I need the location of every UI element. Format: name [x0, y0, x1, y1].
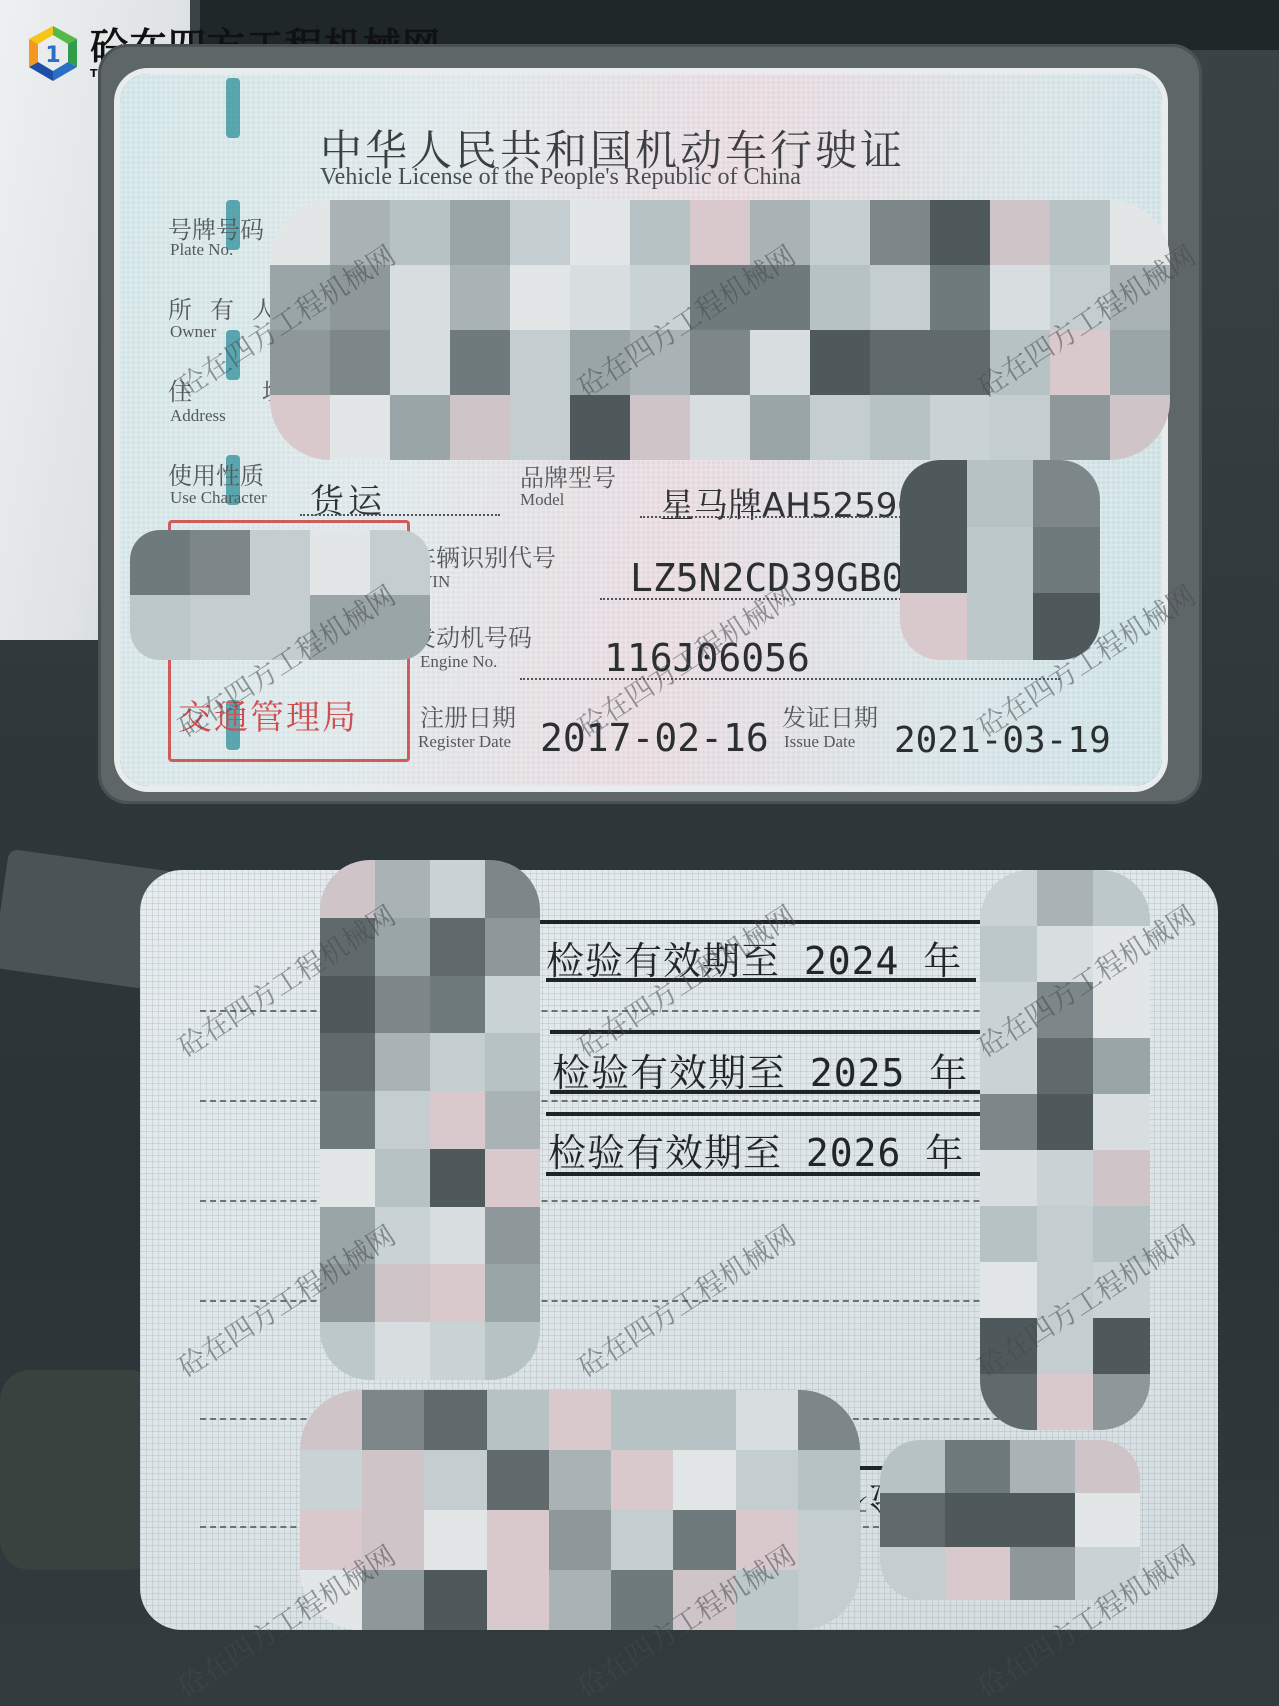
hexagon-cube-logo-icon: 1 [22, 22, 84, 84]
pixelated-redaction [270, 200, 1170, 460]
stamp-border [546, 1172, 1006, 1176]
issue-date-label-en: Issue Date [784, 732, 855, 752]
register-date-label-cn: 注册日期 [420, 698, 516, 733]
pixelated-redaction [320, 860, 540, 1380]
field-underline [520, 678, 1060, 680]
security-strip [226, 78, 240, 138]
field-underline [300, 514, 500, 516]
license-title-en: Vehicle License of the People's Republic… [320, 164, 801, 191]
pixelated-redaction [900, 460, 1100, 660]
engine-label-cn: 发动机号码 [412, 618, 532, 653]
engine-label-en: Engine No. [420, 652, 497, 672]
issue-date-label-cn: 发证日期 [782, 698, 878, 733]
stamp-border [550, 1030, 980, 1034]
use-character-label-cn: 使用性质 [168, 456, 264, 491]
svg-text:1: 1 [45, 43, 60, 68]
stamp-border [546, 978, 976, 982]
inspection-stamp-1: 检验有效期至 2024 年 02 [546, 930, 1034, 985]
owner-label-en: Owner [170, 322, 216, 342]
address-label-en: Address [170, 406, 226, 426]
pixelated-redaction [130, 530, 430, 660]
stamp-border [550, 1090, 990, 1094]
register-date-value: 2017-02-16 [540, 716, 769, 760]
seal-text: 交通管理局 [178, 690, 358, 739]
register-date-label-en: Register Date [418, 732, 511, 752]
background-fold [0, 1370, 160, 1570]
inspection-stamp-2: 检验有效期至 2025 年 02 [552, 1042, 1040, 1097]
model-value: 星马牌AH5259G [660, 478, 924, 527]
pixelated-redaction [880, 1440, 1140, 1600]
stamp-border [546, 1112, 1006, 1116]
stamp-border [540, 920, 980, 924]
engine-no-value: 116J06056 [604, 636, 810, 680]
plate-label-en: Plate No. [170, 240, 233, 260]
model-label-cn: 品牌型号 [520, 458, 616, 493]
use-character-label-en: Use Character [170, 488, 267, 508]
issue-date-value: 2021-03-19 [894, 720, 1111, 761]
model-label-en: Model [520, 490, 564, 510]
vin-label-cn: 车辆识别代号 [412, 538, 556, 573]
pixelated-redaction [300, 1390, 860, 1630]
vin-value: LZ5N2CD39GB0 [630, 556, 905, 600]
pixelated-redaction [980, 870, 1150, 1430]
